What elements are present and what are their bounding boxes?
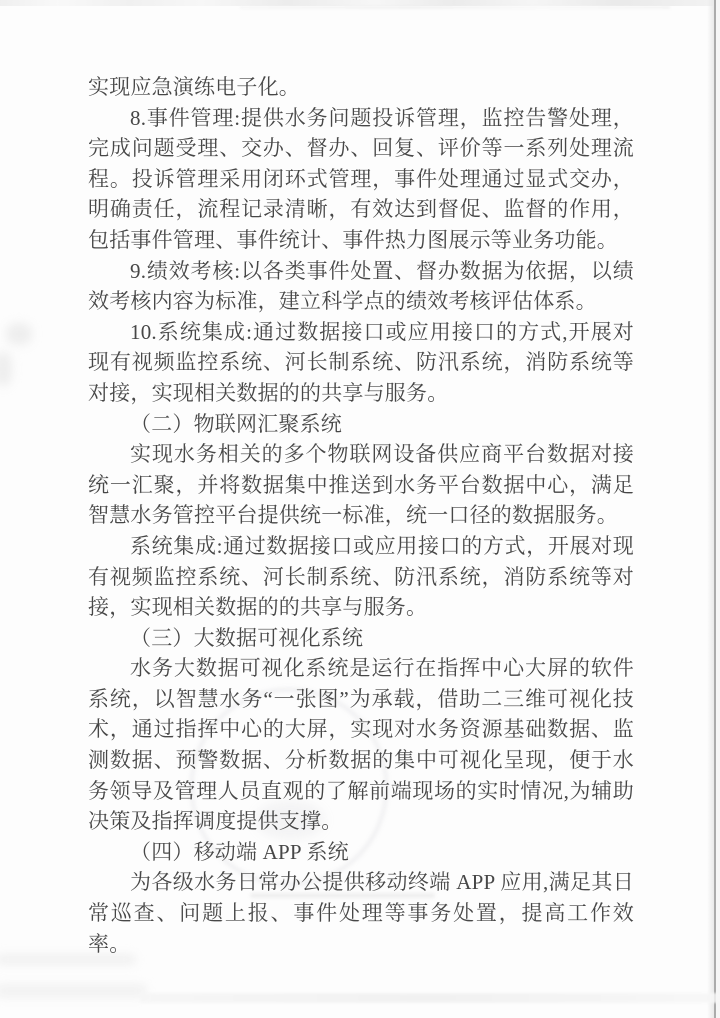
item-8-event-management: 8.事件管理:提供水务问题投诉管理，监控告警处理，完成问题受理、交办、督办、回复… bbox=[88, 103, 634, 256]
scan-smudge bbox=[6, 323, 32, 345]
paragraph-mobile-app: 为各级水务日常办公提供移动终端 APP 应用,满足其日常巡查、问题上报、事件处理… bbox=[88, 867, 634, 959]
scan-right-outer-strip bbox=[716, 0, 720, 1018]
scan-smudge bbox=[0, 352, 12, 386]
heading-section-4-mobile-app: （四）移动端 APP 系统 bbox=[88, 837, 634, 868]
paragraph-iot-aggregation: 实现水务相关的多个物联网设备供应商平台数据对接统一汇聚，并将数据集中推送到水务平… bbox=[88, 439, 634, 531]
document-text-block: 实现应急演练电子化。 8.事件管理:提供水务问题投诉管理，监控告警处理，完成问题… bbox=[88, 72, 634, 959]
heading-section-3-bigdata-visualization: （三）大数据可视化系统 bbox=[88, 623, 634, 654]
paragraph-continuation-emergency-drill: 实现应急演练电子化。 bbox=[88, 72, 634, 103]
item-9-performance-assessment: 9.绩效考核:以各类事件处置、督办数据为依据，以绩效考核内容为标准，建立科学点的… bbox=[88, 256, 634, 317]
paragraph-bigdata-visualization: 水务大数据可视化系统是运行在指挥中心大屏的软件系统，以智慧水务“一张图”为承载，… bbox=[88, 653, 634, 837]
scan-right-edge-shadow bbox=[707, 0, 714, 1018]
scan-bottom-band bbox=[140, 993, 720, 1003]
scan-smudge bbox=[0, 985, 146, 997]
scan-top-edge-artifact-2 bbox=[240, 6, 670, 9]
paragraph-system-integration: 系统集成:通过数据接口或应用接口的方式，开展对现有视频监控系统、河长制系统、防汛… bbox=[88, 531, 634, 623]
heading-section-2-iot-aggregation: （二）物联网汇聚系统 bbox=[88, 409, 634, 440]
item-10-system-integration: 10.系统集成:通过数据接口或应用接口的方式,开展对现有视频监控系统、河长制系统… bbox=[88, 317, 634, 409]
scanned-document-page: 实现应急演练电子化。 8.事件管理:提供水务问题投诉管理，监控告警处理，完成问题… bbox=[0, 0, 720, 1018]
